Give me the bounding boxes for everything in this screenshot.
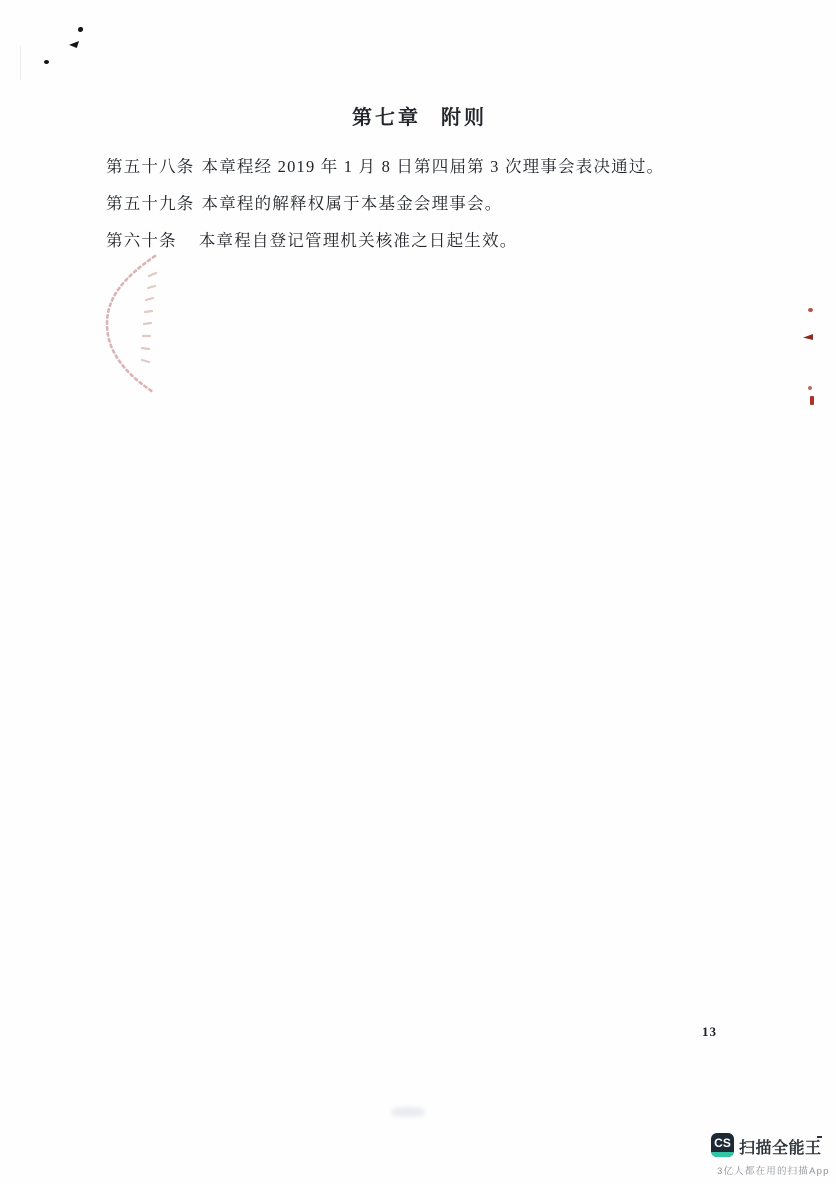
scanned-page: 第七章附则 第五十八条本章程经 2019 年 1 月 8 日第四届第 3 次理事…	[0, 0, 836, 1184]
camscanner-logo-icon: CS	[711, 1133, 734, 1157]
scan-smudge	[390, 1107, 426, 1117]
chapter-number: 第七章	[352, 107, 421, 129]
chapter-title: 第七章附则	[352, 101, 487, 130]
article-label: 第六十条	[106, 231, 177, 250]
ink-speck	[78, 27, 83, 32]
camscanner-watermark: CS 扫描全能王 3亿人都在用的扫描App	[708, 1131, 828, 1179]
scan-edge-line	[20, 46, 21, 80]
article-row: 第六十条本章程自登记管理机关核准之日起生效。	[106, 229, 517, 253]
camscanner-logo-letters: CS	[711, 1134, 734, 1152]
red-seal-stamp	[101, 250, 165, 398]
ink-speck	[69, 41, 79, 48]
camscanner-tagline: 3亿人都在用的扫描App	[717, 1163, 830, 1177]
article-text: 本章程自登记管理机关核准之日起生效。	[199, 231, 518, 250]
camscanner-logo-accent-bar	[711, 1152, 734, 1157]
ink-speck	[44, 60, 49, 64]
page-number: 13	[702, 1024, 717, 1040]
red-ink-mark	[810, 396, 814, 405]
article-row: 第五十八条本章程经 2019 年 1 月 8 日第四届第 3 次理事会表决通过。	[106, 155, 664, 179]
red-ink-mark	[808, 386, 812, 390]
article-label: 第五十八条	[106, 157, 195, 176]
seal-inner-text-marks	[142, 273, 156, 362]
article-row: 第五十九条本章程的解释权属于本基金会理事会。	[106, 192, 502, 216]
article-text: 本章程经 2019 年 1 月 8 日第四届第 3 次理事会表决通过。	[202, 157, 665, 176]
red-ink-mark	[808, 308, 813, 312]
article-text: 本章程的解释权属于本基金会理事会。	[202, 194, 503, 213]
trademark-mark	[817, 1136, 822, 1138]
camscanner-app-name: 扫描全能王	[739, 1135, 822, 1158]
article-label: 第五十九条	[106, 194, 195, 213]
chapter-name: 附则	[441, 107, 487, 129]
red-ink-mark	[803, 334, 813, 340]
